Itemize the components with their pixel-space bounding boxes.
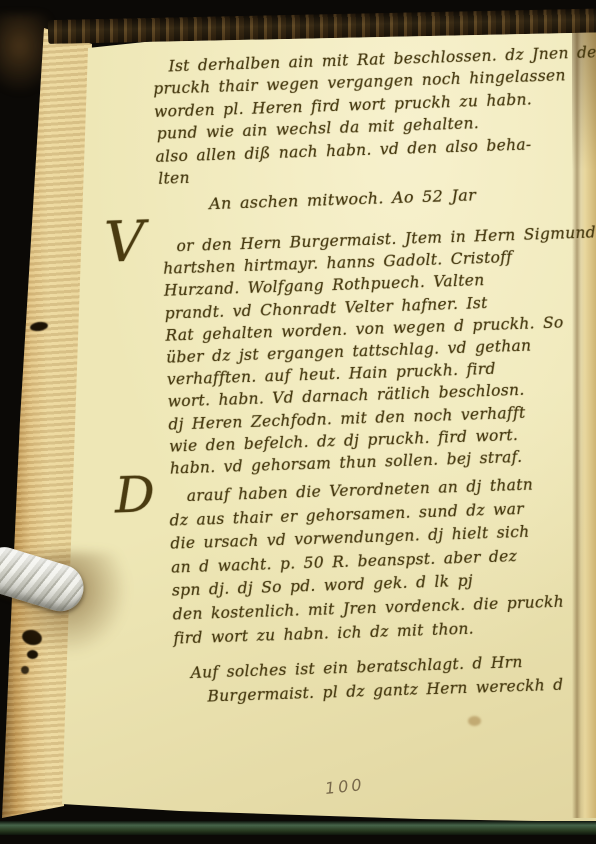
paragraph-1: Ist derhalben ain mit Rat beschlossen. d… — [152, 41, 596, 190]
paragraph-2: V or den Hern Burgermaist. Jtem in Hern … — [162, 221, 596, 480]
table-surface — [0, 821, 596, 835]
paper-stain — [468, 716, 481, 726]
ink-blot — [21, 666, 29, 674]
paragraph-initial: D — [114, 474, 156, 515]
manuscript-photo: Ist derhalben ain mit Rat beschlossen. d… — [0, 0, 596, 844]
paragraph-3: D arauf haben die Verordneten an dj that… — [168, 473, 565, 651]
paragraph-initial: V — [104, 222, 146, 263]
